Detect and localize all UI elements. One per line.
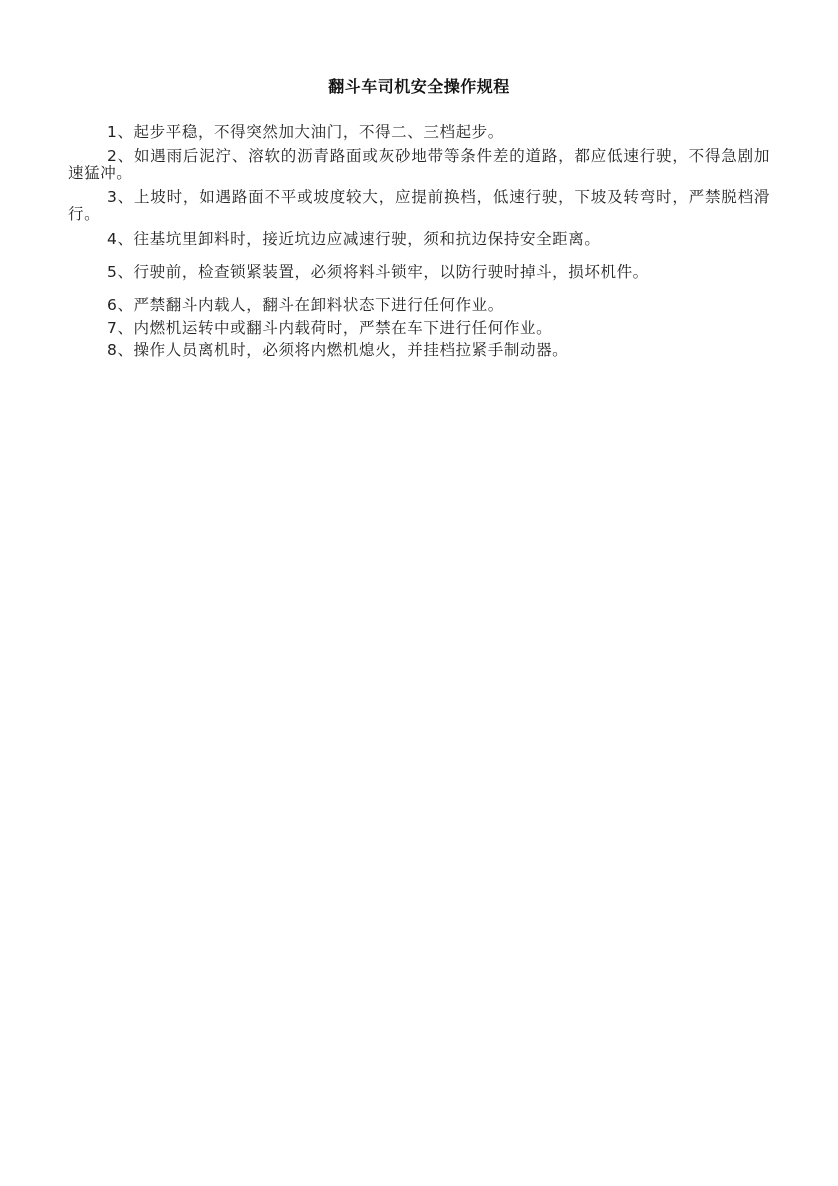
document-page: 翻斗车司机安全操作规程 1、起步平稳，不得突然加大油门，不得二、三档起步。 2、… <box>0 0 838 1186</box>
document-title: 翻斗车司机安全操作规程 <box>0 74 838 97</box>
rule-item-1: 1、起步平稳，不得突然加大油门，不得二、三档起步。 <box>68 124 770 141</box>
rule-item-4: 4、往基坑里卸料时，接近坑边应减速行驶，须和抗边保持安全距离。 <box>68 231 770 248</box>
rule-item-5: 5、行驶前，检查锁紧装置，必须将料斗锁牢，以防行驶时掉斗，损坏机件。 <box>68 264 770 281</box>
rule-item-3: 3、上坡时，如遇路面不平或坡度较大，应提前换档，低速行驶，下坡及转弯时，严禁脱档… <box>68 189 770 223</box>
rule-item-6: 6、严禁翻斗内载人，翻斗在卸料状态下进行任何作业。 <box>68 297 770 314</box>
rule-item-7: 7、内燃机运转中或翻斗内载荷时，严禁在车下进行任何作业。 <box>68 320 770 337</box>
rule-item-8: 8、操作人员离机时，必须将内燃机熄火，并挂档拉紧手制动器。 <box>68 342 770 359</box>
rule-item-2: 2、如遇雨后泥泞、溶软的沥青路面或灰砂地带等条件差的道路，都应低速行驶，不得急剧… <box>68 148 770 182</box>
